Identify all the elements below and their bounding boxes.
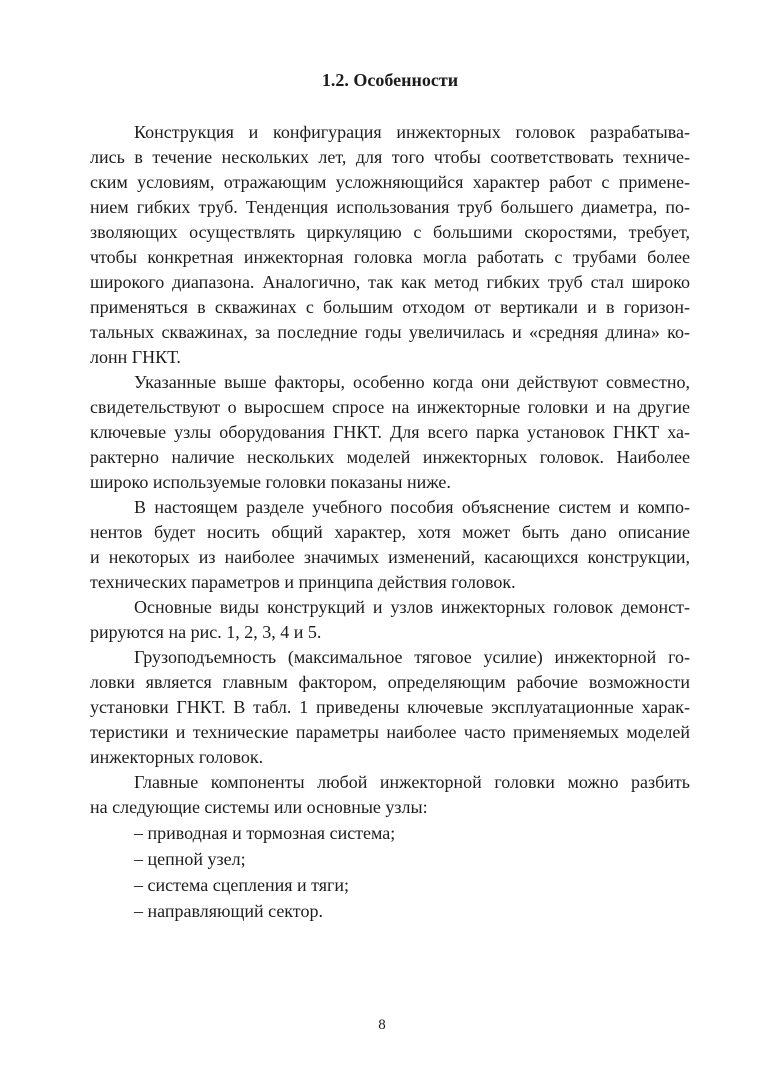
- text-line: широко используемые головки показаны ниж…: [90, 470, 690, 495]
- text-line: ским условиям, отражающим усложняющийся …: [90, 170, 690, 195]
- text-line: теристики и технические параметры наибол…: [90, 720, 690, 745]
- text-line: чтобы конкретная инжекторная головка мог…: [90, 245, 690, 270]
- text-line: Грузоподъемность (максимальное тяговое у…: [90, 645, 690, 670]
- text-line: В настоящем разделе учебного пособия объ…: [90, 495, 690, 520]
- text-line: рактерно наличие нескольких моделей инже…: [90, 445, 690, 470]
- text-line: зволяющих осуществлять циркуляцию с боль…: [90, 220, 690, 245]
- component-list: – приводная и тормозная система;– цепной…: [90, 820, 690, 924]
- text-line: инжекторных головок.: [90, 745, 690, 770]
- paragraphs-container: Конструкция и конфигурация инжекторных г…: [90, 120, 690, 820]
- paragraph: Главные компоненты любой инжекторной гол…: [90, 770, 690, 820]
- text-line: нентов будет носить общий характер, хотя…: [90, 520, 690, 545]
- text-line: свидетельствуют о выросшем спросе на инж…: [90, 395, 690, 420]
- text-line: Главные компоненты любой инжекторной гол…: [90, 770, 690, 795]
- text-line: тальных скважинах, за последние годы уве…: [90, 320, 690, 345]
- paragraph: Грузоподъемность (максимальное тяговое у…: [90, 645, 690, 770]
- page-number: 8: [0, 1013, 764, 1038]
- list-item: – приводная и тормозная система;: [90, 820, 690, 846]
- list-item: – направляющий сектор.: [90, 898, 690, 924]
- text-line: и некоторых из наиболее значимых изменен…: [90, 545, 690, 570]
- text-line: установки ГНКТ. В табл. 1 приведены ключ…: [90, 695, 690, 720]
- text-line: ловки является главным фактором, определ…: [90, 670, 690, 695]
- text-line: технических параметров и принципа действ…: [90, 570, 690, 595]
- text-line: широкого диапазона. Аналогично, так как …: [90, 270, 690, 295]
- text-line: на следующие системы или основные узлы:: [90, 795, 690, 820]
- text-line: ключевые узлы оборудования ГНКТ. Для все…: [90, 420, 690, 445]
- paragraph: Основные виды конструкций и узлов инжект…: [90, 595, 690, 645]
- text-line: нием гибких труб. Тенденция использовани…: [90, 195, 690, 220]
- body-text: Конструкция и конфигурация инжекторных г…: [90, 120, 690, 924]
- list-item: – система сцепления и тяги;: [90, 872, 690, 898]
- section-heading: 1.2. Особенности: [90, 68, 690, 93]
- paragraph: В настоящем разделе учебного пособия объ…: [90, 495, 690, 595]
- text-line: лись в течение нескольких лет, для того …: [90, 145, 690, 170]
- document-page: 1.2. Особенности Конструкция и конфигура…: [0, 0, 764, 1080]
- text-line: Конструкция и конфигурация инжекторных г…: [90, 120, 690, 145]
- paragraph: Конструкция и конфигурация инжекторных г…: [90, 120, 690, 370]
- paragraph: Указанные выше факторы, особенно когда о…: [90, 370, 690, 495]
- text-line: Основные виды конструкций и узлов инжект…: [90, 595, 690, 620]
- text-line: применяться в скважинах с большим отходо…: [90, 295, 690, 320]
- text-line: рируются на рис. 1, 2, 3, 4 и 5.: [90, 620, 690, 645]
- text-line: Указанные выше факторы, особенно когда о…: [90, 370, 690, 395]
- list-item: – цепной узел;: [90, 846, 690, 872]
- text-line: лонн ГНКТ.: [90, 345, 690, 370]
